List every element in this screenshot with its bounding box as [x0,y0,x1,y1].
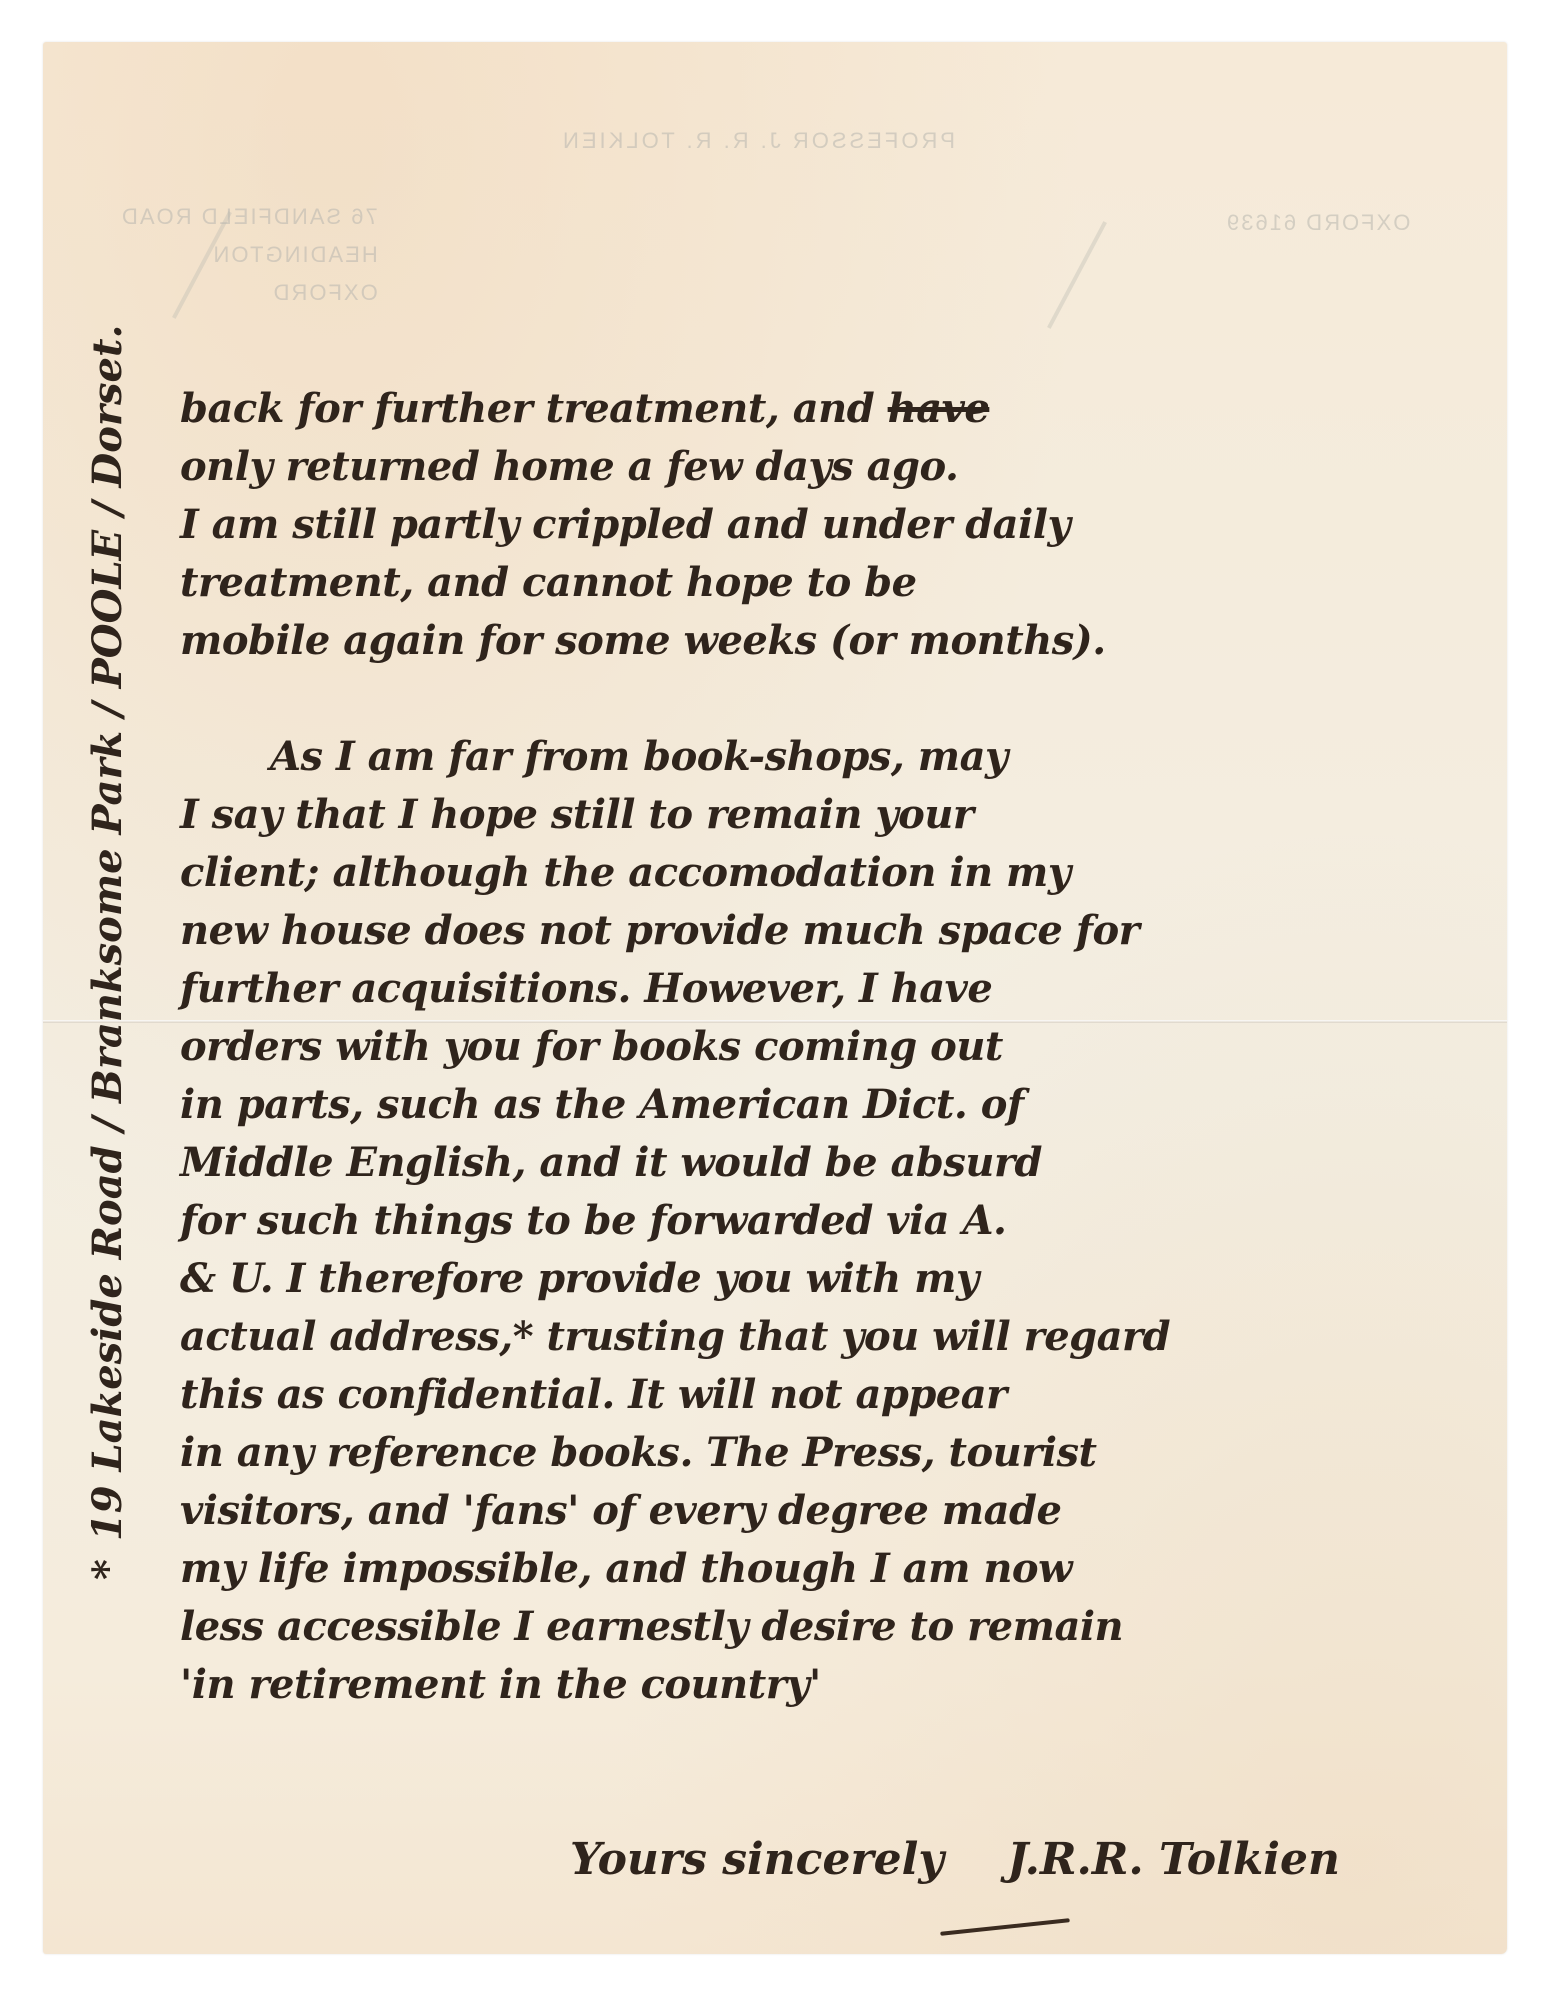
letter-line: & U. I therefore provide you with my [180,1250,1440,1308]
valediction: Yours sincerely [570,1834,944,1885]
asterisk-icon: * [84,1559,131,1580]
letter-line: mobile again for some weeks (or months). [180,612,1440,670]
letter-line: further acquisitions. However, I have [180,960,1440,1018]
letter-line: only returned home a few days ago. [180,438,1440,496]
margin-note-text: 19 Lakeside Road / Branksome Park / POOL… [84,325,131,1541]
letter-line: As I am far from book-shops, may [180,728,1440,786]
letter-line: treatment, and cannot hope to be [180,554,1440,612]
signature: J.R.R. Tolkien [1007,1834,1340,1885]
letterhead-title-show-through: PROFESSOR J. R. R. TOLKIEN [560,128,955,154]
letter-line: I am still partly crippled and under dai… [180,496,1440,554]
letter-line: my life impossible, and though I am now [180,1540,1440,1598]
letter-line: visitors, and 'fans' of every degree mad… [180,1482,1440,1540]
letter-line: in any reference books. The Press, touri… [180,1424,1440,1482]
paragraph-gap [180,670,1440,728]
letter-line: in parts, such as the American Dict. of [180,1076,1440,1134]
letter-line: back for further treatment, and have [180,380,1440,438]
closing: Yours sincerely J.R.R. Tolkien [570,1834,1340,1885]
letter-line: this as confidential. It will not appear [180,1366,1440,1424]
letter-line: Middle English, and it would be absurd [180,1134,1440,1192]
letterhead-address-show-through: 76 SANDFIELD ROAD HEADINGTON OXFORD [120,198,378,312]
letter-line: for such things to be forwarded via A. [180,1192,1440,1250]
struck-word: have [888,385,990,432]
letterhead-address-line: OXFORD [120,274,378,312]
letter-line: orders with you for books coming out [180,1018,1440,1076]
letter-line: I say that I hope still to remain your [180,786,1440,844]
letter-body: back for further treatment, and have onl… [180,380,1440,1714]
letter-line: actual address,* trusting that you will … [180,1308,1440,1366]
letter-line: 'in retirement in the country' [180,1656,1440,1714]
letter-line: client; although the accomodation in my [180,844,1440,902]
letterhead-phone-show-through: OXFORD 61639 [1225,210,1410,236]
letter-line: less accessible I earnestly desire to re… [180,1598,1440,1656]
letterhead-address-line: HEADINGTON [120,236,378,274]
letter-line: new house does not provide much space fo… [180,902,1440,960]
margin-address-note: *19 Lakeside Road / Branksome Park / POO… [80,325,136,1580]
letterhead-address-line: 76 SANDFIELD ROAD [120,198,378,236]
